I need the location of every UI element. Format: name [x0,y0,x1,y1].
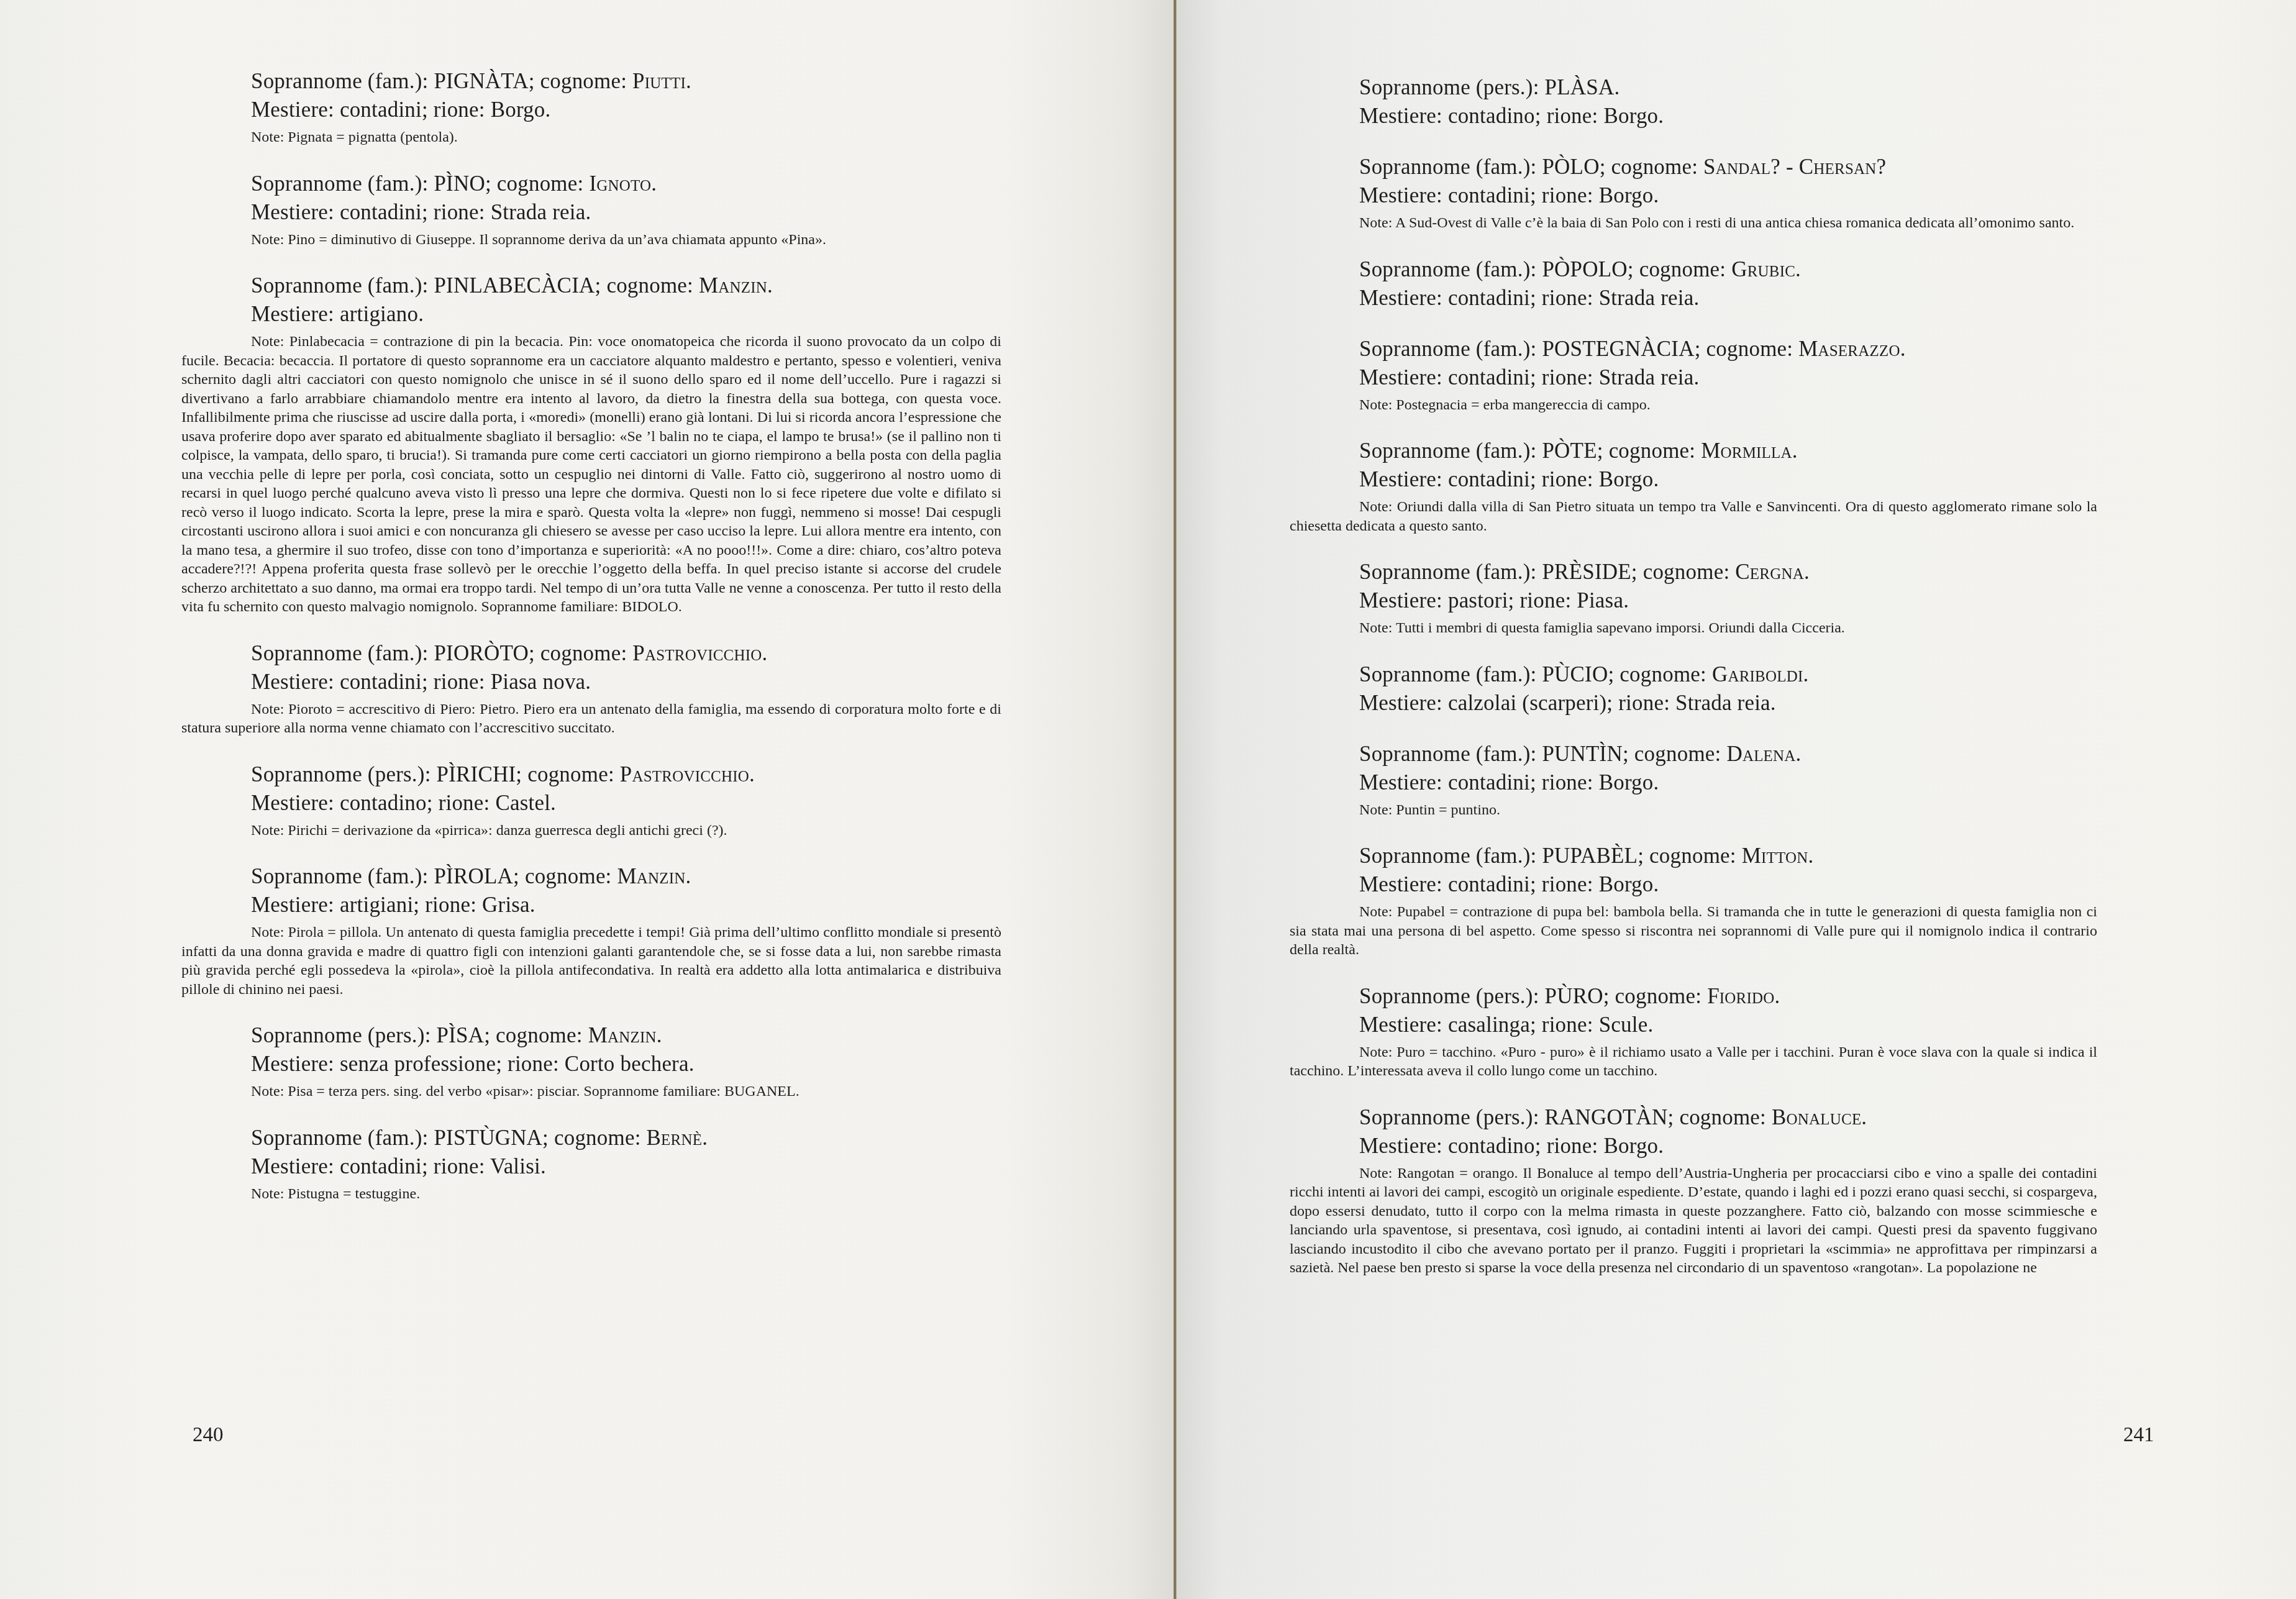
page-number-right: 241 [2123,1424,2154,1447]
separator: ; [1628,257,1634,281]
separator: ; [1600,155,1606,179]
surname-label: cognome: [1649,844,1736,868]
trade: contadini; [1448,872,1536,896]
trade-line: Mestiere: contadini; rione: Borgo. [1290,181,2097,210]
trade: artigiani; [340,893,419,917]
entry-label: Soprannome (pers.): [251,1023,431,1047]
surname-label: cognome: [540,69,627,93]
nickname-line: Soprannome (fam.): PÙCIO; cognome: Garib… [1290,660,2097,689]
district-label: rione: [1547,104,1598,128]
district-label: rione: [434,1154,485,1178]
trade: contadini; [340,200,428,224]
trade: senza professione; [340,1052,502,1076]
surname: Manzin. [699,273,773,298]
nickname-line: Soprannome (fam.): PINLABECÀCIA; cognome… [181,271,1001,300]
district: Borgo. [1599,770,1659,795]
surname: Bonaluce. [1772,1105,1867,1129]
entry-note: Note: Tutti i membri di questa famiglia … [1290,619,2097,638]
nickname: PÙCIO [1542,662,1608,686]
trade-label: Mestiere: [1359,1134,1442,1158]
nickname: PINLABECÀCIA [434,273,594,298]
trade-line: Mestiere: contadino; rione: Castel. [181,789,1001,818]
entry-label: Soprannome (pers.): [1359,75,1539,99]
surname: Bernè. [647,1126,708,1150]
trade: contadini; [340,670,428,694]
surname: Grubic. [1731,257,1801,281]
nickname: PÒPOLO [1542,257,1627,281]
district-label: rione: [434,98,485,122]
dictionary-entry: Soprannome (pers.): PÙRO; cognome: Fiori… [1290,982,2097,1081]
dictionary-entry: Soprannome (pers.): PÌSA; cognome: Manzi… [181,1021,1001,1101]
nickname: PÌROLA [434,864,513,888]
entry-note: Note: Postegnacia = erba mangereccia di … [1290,396,2097,415]
surname-label: cognome: [1679,1105,1766,1129]
trade-line: Mestiere: casalinga; rione: Scule. [1290,1011,2097,1039]
district-label: rione: [1542,467,1593,491]
trade-label: Mestiere: [251,670,334,694]
nickname-line: Soprannome (fam.): PIORÒTO; cognome: Pas… [181,639,1001,668]
district: Strada reia. [1599,365,1700,389]
district-label: rione: [1542,872,1593,896]
nickname-line: Soprannome (fam.): PÌNO; cognome: Ignoto… [181,170,1001,198]
district-label: rione: [425,893,476,917]
dictionary-entry: Soprannome (fam.): PÒPOLO; cognome: Grub… [1290,255,2097,312]
surname: Gariboldi. [1712,662,1808,686]
entry-note: Note: Pino = diminutivo di Giuseppe. Il … [181,230,1001,250]
right-page-entries: Soprannome (pers.): PLÀSA. Mestiere: con… [1290,73,2097,1300]
separator: ; [529,69,535,93]
district-label: rione: [1542,286,1593,310]
surname-label: cognome: [554,1126,641,1150]
entry-label: Soprannome (fam.): [251,641,428,665]
trade: contadini; [1448,286,1536,310]
trade: calzolai (scarperi); [1448,691,1613,715]
nickname-line: Soprannome (pers.): PÌRICHI; cognome: Pa… [181,760,1001,789]
district: Piasa nova. [491,670,591,694]
surname-label: cognome: [525,864,612,888]
surname: Dalena. [1726,742,1801,766]
separator: ; [1631,560,1638,584]
district: Borgo. [1603,1134,1664,1158]
trade-line: Mestiere: contadini; rione: Strada reia. [1290,284,2097,312]
surname: Fiorido. [1707,984,1780,1008]
dictionary-entry: Soprannome (fam.): PIGNÀTA; cognome: Piu… [181,67,1001,147]
trade-line: Mestiere: contadino; rione: Borgo. [1290,102,2097,130]
nickname: PÌRICHI [437,762,516,786]
entry-note: Note: Puntin = puntino. [1290,801,2097,820]
trade-line: Mestiere: contadini; rione: Piasa nova. [181,668,1001,696]
dictionary-entry: Soprannome (pers.): PÌRICHI; cognome: Pa… [181,760,1001,840]
district-label: rione: [1519,588,1571,613]
district: Piasa. [1577,588,1629,613]
entry-note: Note: Puro = tacchino. «Puro - puro» è i… [1290,1043,2097,1081]
district-label: rione: [1547,1134,1598,1158]
nickname: PÙRO [1545,984,1603,1008]
entry-label: Soprannome (fam.): [251,864,428,888]
surname: Piutti. [632,69,691,93]
surname-label: cognome: [1619,662,1706,686]
trade: contadini; [340,1154,428,1178]
trade-label: Mestiere: [1359,1013,1442,1037]
dictionary-entry: Soprannome (fam.): PÌNO; cognome: Ignoto… [181,170,1001,250]
trade: contadini; [1448,183,1536,207]
surname: Ignoto. [589,171,657,196]
entry-label: Soprannome (fam.): [1359,844,1536,868]
nickname: PÌSA [437,1023,485,1047]
entry-label: Soprannome (fam.): [1359,337,1536,361]
surname: Manzin. [588,1023,662,1047]
entry-note: Note: Pistugna = testuggine. [181,1185,1001,1204]
book-spread: Soprannome (fam.): PIGNÀTA; cognome: Piu… [0,0,2296,1599]
district-label: rione: [1618,691,1670,715]
entry-note: Note: Pirola = pillola. Un antenato di q… [181,923,1001,999]
dictionary-entry: Soprannome (fam.): PÒTE; cognome: Mormil… [1290,437,2097,535]
entry-label: Soprannome (fam.): [251,273,428,298]
district-label: rione: [434,670,485,694]
nickname: PISTÙGNA [434,1126,542,1150]
nickname-line: Soprannome (fam.): PÌROLA; cognome: Manz… [181,862,1001,891]
dictionary-entry: Soprannome (pers.): RANGOTÀN; cognome: B… [1290,1103,2097,1278]
surname: Sandal? - Chersan? [1703,155,1886,179]
district-label: rione: [439,791,490,815]
entry-label: Soprannome (fam.): [1359,439,1536,463]
entry-label: Soprannome (fam.): [1359,257,1536,281]
separator: ; [1638,844,1644,868]
entry-label: Soprannome (fam.): [251,171,428,196]
dictionary-entry: Soprannome (fam.): PINLABECÀCIA; cognome… [181,271,1001,617]
district: Strada reia. [1599,286,1700,310]
entry-note: Note: Pisa = terza pers. sing. del verbo… [181,1082,1001,1101]
entry-label: Soprannome (fam.): [1359,560,1536,584]
surname-label: cognome: [496,1023,583,1047]
surname-label: cognome: [1615,984,1702,1008]
trade-line: Mestiere: contadini; rione: Borgo. [1290,768,2097,797]
dictionary-entry: Soprannome (fam.): PUNTÌN; cognome: Dale… [1290,740,2097,820]
nickname: POSTEGNÀCIA [1542,337,1694,361]
trade-line: Mestiere: contadini; rione: Borgo. [181,96,1001,124]
entry-note: Note: Pioroto = accrescitivo di Piero: P… [181,700,1001,738]
district: Borgo. [1599,467,1659,491]
trade-line: Mestiere: calzolai (scarperi); rione: St… [1290,689,2097,717]
dictionary-entry: Soprannome (fam.): PIORÒTO; cognome: Pas… [181,639,1001,738]
district: Borgo. [1599,183,1659,207]
surname: Pastrovicchio. [620,762,755,786]
trade-label: Mestiere: [251,1052,334,1076]
separator: ; [595,273,601,298]
district: Castel. [495,791,556,815]
surname: Cergna. [1735,560,1810,584]
surname-label: cognome: [497,171,584,196]
trade-line: Mestiere: contadini; rione: Strada reia. [1290,363,2097,392]
entry-label: Soprannome (pers.): [1359,1105,1539,1129]
trade-label: Mestiere: [1359,286,1442,310]
nickname-line: Soprannome (fam.): PUPABÈL; cognome: Mit… [1290,842,2097,870]
district-label: rione: [1542,183,1593,207]
dictionary-entry: Soprannome (fam.): PRÈSIDE; cognome: Cer… [1290,558,2097,638]
entry-note: Note: Pignata = pignatta (pentola). [181,128,1001,147]
trade: contadini; [1448,467,1536,491]
entry-note: Note: A Sud-Ovest di Valle c’è la baia d… [1290,214,2097,233]
trade-label: Mestiere: [1359,104,1442,128]
nickname-line: Soprannome (fam.): PÒTE; cognome: Mormil… [1290,437,2097,465]
nickname-line: Soprannome (fam.): PÒPOLO; cognome: Grub… [1290,255,2097,284]
surname: Maserazzo. [1798,337,1905,361]
separator: ; [529,641,535,665]
right-page: Soprannome (pers.): PLÀSA. Mestiere: con… [1177,0,2296,1599]
dictionary-entry: Soprannome (fam.): PISTÙGNA; cognome: Be… [181,1124,1001,1204]
trade-label: Mestiere: [1359,467,1442,491]
nickname: PIORÒTO [434,641,528,665]
surname: Mormilla. [1701,439,1798,463]
entry-note: Note: Pirichi = derivazione da «pirrica»… [181,821,1001,840]
separator: ; [516,762,522,786]
trade: contadino; [1448,1134,1541,1158]
separator: ; [1608,662,1614,686]
page-number-left: 240 [193,1424,224,1447]
district: Valisi. [490,1154,546,1178]
nickname: PIGNÀTA [434,69,528,93]
trade-label: Mestiere: [251,1154,334,1178]
trade-label: Mestiere: [1359,365,1442,389]
trade-label: Mestiere: [251,98,334,122]
separator: ; [1603,984,1610,1008]
district: Strada reia. [491,200,591,224]
trade-line: Mestiere: pastori; rione: Piasa. [1290,586,2097,615]
separator: ; [484,1023,490,1047]
district-label: rione: [1542,770,1593,795]
trade: contadino; [340,791,433,815]
left-page-entries: Soprannome (fam.): PIGNÀTA; cognome: Piu… [181,67,1001,1226]
trade-line: Mestiere: contadino; rione: Borgo. [1290,1132,2097,1160]
nickname-line: Soprannome (pers.): PÙRO; cognome: Fiori… [1290,982,2097,1011]
trade-label: Mestiere: [251,200,334,224]
district: Borgo. [1599,872,1659,896]
district: Grisa. [482,893,535,917]
dictionary-entry: Soprannome (fam.): PÌROLA; cognome: Manz… [181,862,1001,999]
trade-label: Mestiere: [251,791,334,815]
nickname-line: Soprannome (fam.): PISTÙGNA; cognome: Be… [181,1124,1001,1152]
trade-label: Mestiere: [1359,588,1442,613]
district-label: rione: [434,200,485,224]
surname: Pastrovicchio. [632,641,767,665]
nickname: PUPABÈL [1542,844,1638,868]
entry-note: Note: Rangotan = orango. Il Bonaluce al … [1290,1164,2097,1278]
separator: ; [1695,337,1701,361]
district: Corto bechera. [565,1052,695,1076]
surname-label: cognome: [1611,155,1698,179]
trade-line: Mestiere: contadini; rione: Borgo. [1290,870,2097,899]
surname-label: cognome: [1609,439,1696,463]
district-label: rione: [1542,1013,1593,1037]
trade-label: Mestiere: [1359,691,1442,715]
district: Scule. [1599,1013,1654,1037]
trade: contadini; [1448,365,1536,389]
surname-label: cognome: [1639,257,1726,281]
separator: ; [513,864,519,888]
surname: Manzin. [617,864,691,888]
trade-label: Mestiere: [1359,183,1442,207]
district: Borgo. [491,98,551,122]
dictionary-entry: Soprannome (pers.): PLÀSA. Mestiere: con… [1290,73,2097,130]
trade: contadino; [1448,104,1541,128]
nickname: RANGOTÀN [1545,1105,1668,1129]
district-label: rione: [508,1052,559,1076]
entry-note: Note: Pinlabecacia = contrazione di pin … [181,332,1001,617]
surname-label: cognome: [606,273,693,298]
surname-label: cognome: [540,641,627,665]
entry-label: Soprannome (fam.): [251,69,428,93]
surname-label: cognome: [1706,337,1793,361]
surname-label: cognome: [1643,560,1730,584]
nickname-line: Soprannome (fam.): POSTEGNÀCIA; cognome:… [1290,335,2097,363]
left-page: Soprannome (fam.): PIGNÀTA; cognome: Piu… [0,0,1174,1599]
nickname-line: Soprannome (fam.): PRÈSIDE; cognome: Cer… [1290,558,2097,586]
nickname-line: Soprannome (pers.): PLÀSA. [1290,73,2097,102]
trade-line: Mestiere: contadini; rione: Valisi. [181,1152,1001,1181]
nickname: PÒTE [1542,439,1597,463]
separator: ; [1597,439,1603,463]
entry-note: Note: Pupabel = contrazione di pupa bel:… [1290,903,2097,960]
nickname-line: Soprannome (pers.): RANGOTÀN; cognome: B… [1290,1103,2097,1132]
nickname: PÒLO [1542,155,1599,179]
dictionary-entry: Soprannome (fam.): POSTEGNÀCIA; cognome:… [1290,335,2097,415]
trade-line: Mestiere: contadini; rione: Strada reia. [181,198,1001,227]
trade-line: Mestiere: contadini; rione: Borgo. [1290,465,2097,494]
dictionary-entry: Soprannome (fam.): PÙCIO; cognome: Garib… [1290,660,2097,717]
nickname: PRÈSIDE [1542,560,1631,584]
nickname: PÌNO [434,171,485,196]
dictionary-entry: Soprannome (fam.): PUPABÈL; cognome: Mit… [1290,842,2097,960]
trade: casalinga; [1448,1013,1536,1037]
nickname: PLÀSA. [1545,75,1620,99]
trade-line: Mestiere: artigiani; rione: Grisa. [181,891,1001,919]
trade-line: Mestiere: senza professione; rione: Cort… [181,1050,1001,1078]
entry-label: Soprannome (fam.): [251,1126,428,1150]
nickname-line: Soprannome (pers.): PÌSA; cognome: Manzi… [181,1021,1001,1050]
nickname-line: Soprannome (fam.): PUNTÌN; cognome: Dale… [1290,740,2097,768]
entry-label: Soprannome (fam.): [1359,662,1536,686]
trade-label: Mestiere: [251,302,334,326]
trade: artigiano. [340,302,424,326]
surname-label: cognome: [1634,742,1721,766]
district-label: rione: [1542,365,1593,389]
trade-label: Mestiere: [1359,770,1442,795]
nickname: PUNTÌN [1542,742,1623,766]
trade-label: Mestiere: [1359,872,1442,896]
district: Strada reia. [1675,691,1776,715]
trade: contadini; [340,98,428,122]
surname-label: cognome: [527,762,614,786]
entry-label: Soprannome (fam.): [1359,742,1536,766]
entry-label: Soprannome (pers.): [1359,984,1539,1008]
separator: ; [1623,742,1629,766]
entry-label: Soprannome (pers.): [251,762,431,786]
trade-line: Mestiere: artigiano. [181,300,1001,329]
entry-note: Note: Oriundi dalla villa di San Pietro … [1290,498,2097,535]
trade: contadini; [1448,770,1536,795]
surname: Mitton. [1742,844,1814,868]
dictionary-entry: Soprannome (fam.): PÒLO; cognome: Sandal… [1290,153,2097,233]
separator: ; [485,171,491,196]
trade: pastori; [1448,588,1515,613]
trade-label: Mestiere: [251,893,334,917]
separator: ; [1668,1105,1674,1129]
district: Borgo. [1603,104,1664,128]
entry-label: Soprannome (fam.): [1359,155,1536,179]
separator: ; [542,1126,549,1150]
nickname-line: Soprannome (fam.): PIGNÀTA; cognome: Piu… [181,67,1001,96]
nickname-line: Soprannome (fam.): PÒLO; cognome: Sandal… [1290,153,2097,181]
